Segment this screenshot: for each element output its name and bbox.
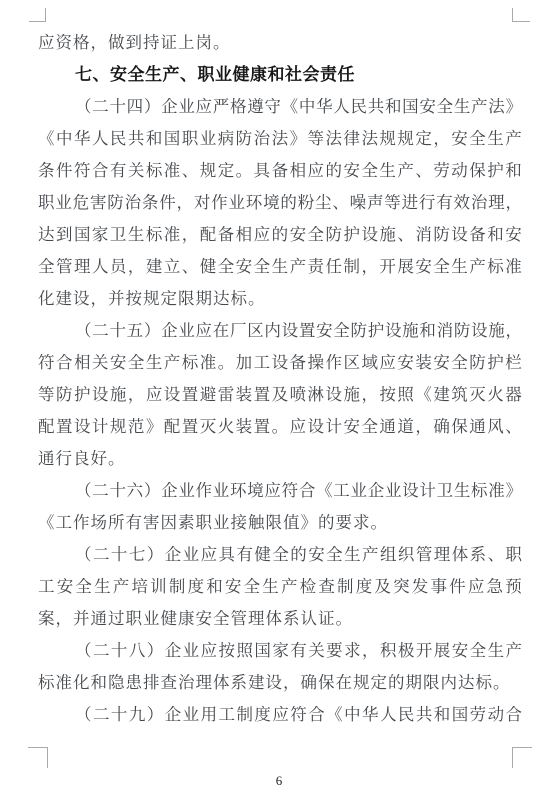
text-line: 标准化和隐患排查治理体系建设，确保在规定的期限内达标。 [38, 667, 522, 699]
document-page: 应资格，做到持证上岗。七、安全生产、职业健康和社会责任（二十四）企业应严格遵守《… [0, 0, 558, 798]
text-line: 案，并通过职业健康安全管理体系认证。 [38, 603, 522, 635]
text-line: 配置设计规范》配置灭火装置。应设计安全通道，确保通风、 [38, 411, 522, 443]
crop-mark-bottom-left-icon [28, 747, 48, 768]
page-number: 6 [0, 772, 558, 790]
text-line: 等防护设施，应设置避雷装置及喷淋设施，按照《建筑灭火器 [38, 379, 522, 411]
section-heading: 七、安全生产、职业健康和社会责任 [75, 59, 522, 91]
text-line: （二十七）企业应具有健全的安全生产组织管理体系、职 [75, 539, 522, 571]
crop-mark-bottom-right-icon [512, 747, 532, 768]
text-line: 化建设，并按规定限期达标。 [38, 283, 522, 315]
text-line: 达到国家卫生标准，配备相应的安全防护设施、消防设备和安 [38, 219, 522, 251]
document-lines: 应资格，做到持证上岗。七、安全生产、职业健康和社会责任（二十四）企业应严格遵守《… [38, 27, 522, 731]
text-line: 职业危害防治条件，对作业环境的粉尘、噪声等进行有效治理， [38, 187, 522, 219]
text-line: （二十四）企业应严格遵守《中华人民共和国安全生产法》 [75, 91, 522, 123]
text-line: 《工作场所有害因素职业接触限值》的要求。 [38, 507, 522, 539]
text-line: 通行良好。 [38, 443, 522, 475]
text-line: 条件符合有关标准、规定。具备相应的安全生产、劳动保护和 [38, 155, 522, 187]
text-line: （二十九）企业用工制度应符合《中华人民共和国劳动合 [75, 699, 522, 731]
text-line: 《中华人民共和国职业病防治法》等法律法规规定，安全生产 [38, 123, 522, 155]
crop-mark-top-right-icon [512, 8, 530, 22]
text-line: 应资格，做到持证上岗。 [38, 27, 522, 59]
text-line: （二十六）企业作业环境应符合《工业企业设计卫生标准》 [75, 475, 522, 507]
crop-mark-top-left-icon [29, 8, 46, 22]
text-line: 符合相关安全生产标准。加工设备操作区域应安装安全防护栏 [38, 347, 522, 379]
text-line: 工安全生产培训制度和安全生产检查制度及突发事件应急预 [38, 571, 522, 603]
text-line: （二十八）企业应按照国家有关要求，积极开展安全生产 [75, 635, 522, 667]
text-line: 全管理人员，建立、健全安全生产责任制，开展安全生产标准 [38, 251, 522, 283]
text-line: （二十五）企业应在厂区内设置安全防护设施和消防设施， [75, 315, 522, 347]
